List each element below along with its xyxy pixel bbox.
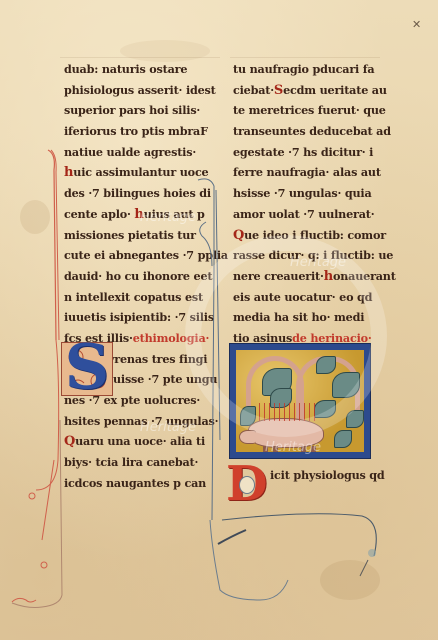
decorated-initial-d: D: [226, 466, 266, 504]
leg: [311, 446, 316, 452]
spines: [259, 403, 319, 421]
leg: [273, 446, 278, 452]
line-text: uaru una uoce· alia ti: [75, 434, 205, 448]
text-line: iferiorus tro ptis mbraF: [64, 121, 214, 142]
text-line: natiue ualde agrestis·: [64, 142, 214, 163]
text-line: icdcos naugantes p can: [64, 473, 214, 494]
text-line: transeuntes deducebat ad: [233, 121, 383, 142]
red-initial: h: [324, 269, 333, 284]
line-text: onauerant: [333, 269, 396, 283]
text-line: phisiologus asserit· idest: [64, 80, 214, 101]
line-text: ue ideo i fluctib: comor: [244, 228, 386, 242]
text-line: tu naufragio pducari fa: [233, 59, 383, 80]
text-line: hsites pennas ·7 ungulas·: [64, 411, 214, 432]
historiated-initial-s: S: [61, 342, 113, 396]
red-initial: Q: [64, 434, 75, 449]
text-line: egestate ·7 hs dicitur· i: [233, 142, 383, 163]
text-line: des ·7 bilingues hoies di: [64, 183, 214, 204]
text-line: cute ei abnegantes ·7 pplia: [64, 245, 214, 266]
text-line: ferre naufragia· alas aut: [233, 162, 383, 183]
line-text: uic assimulantur uoce: [73, 165, 208, 179]
leg: [263, 446, 268, 452]
text-line: nere creauerit·honauerant: [233, 266, 383, 287]
text-line: ciebat·Secdm ueritate au: [233, 80, 383, 101]
corner-mark-icon: ✕: [412, 22, 424, 28]
text-line: iuuetis isipientib: ·7 silis: [64, 307, 214, 328]
hedgehog-miniature: [229, 343, 371, 459]
right-text-column: tu naufragio pducari fa ciebat·Secdm uer…: [233, 59, 383, 349]
gold-ground: [236, 350, 364, 452]
hedgehog-figure: [248, 418, 324, 448]
ruling-line: [60, 57, 220, 58]
text-line: missiones pietatis tur: [64, 225, 214, 246]
foliage-icon: [332, 372, 360, 398]
leg: [301, 446, 306, 452]
initial-letter: S: [62, 337, 112, 397]
red-initial: h: [64, 165, 73, 180]
text-line: superior pars hoi silis·: [64, 100, 214, 121]
text-line: eis aute uocatur· eo qd: [233, 287, 383, 308]
line-text: cente aplo·: [64, 207, 134, 221]
text-line: media ha sit ho· medi: [233, 307, 383, 328]
parchment-stain: [320, 560, 380, 600]
foliage-icon: [316, 356, 336, 374]
snout: [239, 430, 256, 444]
text-line: dauid· ho cu ihonore eet: [64, 266, 214, 287]
text-line: n intellexit copatus est: [64, 287, 214, 308]
left-text-column: duab: naturis ostare phisiologus asserit…: [64, 59, 214, 493]
line-text: ecdm ueritate au: [283, 83, 387, 97]
text-line: Que ideo i fluctib: comor: [233, 225, 383, 246]
right-text-after-miniature: icit physiologus qd: [270, 465, 385, 486]
initial-filigree-icon: [239, 476, 255, 494]
text-line: icit physiologus qd: [270, 465, 385, 486]
line-text: ciebat·: [233, 83, 274, 97]
text-line: Quaru una uoce· alia ti: [64, 431, 214, 452]
red-initial: h: [134, 207, 143, 222]
text-line: biys· tcia lira canebat·: [64, 452, 214, 473]
text-line: duab: naturis ostare: [64, 59, 214, 80]
red-initial: S: [274, 83, 283, 98]
ruling-line: [230, 57, 380, 58]
text-line: hsisse ·7 ungulas· quia: [233, 183, 383, 204]
rubric-heading: ethimologia·: [133, 331, 210, 345]
foliage-icon: [346, 410, 364, 428]
parchment-stain: [20, 200, 50, 234]
text-line: amor uolat ·7 uulnerat·: [233, 204, 383, 225]
line-text: uius aut p: [144, 207, 205, 221]
line-text: nere creauerit·: [233, 269, 324, 283]
text-line: huic assimulantur uoce: [64, 162, 214, 183]
text-line: rasse dicur· q: i fluctib: ue: [233, 245, 383, 266]
manuscript-page: ✕ duab: naturis ostare phisiologus asser…: [0, 0, 438, 640]
text-line: cente aplo· huius aut p: [64, 204, 214, 225]
text-line: te meretrices fuerut· que: [233, 100, 383, 121]
foliage-icon: [334, 430, 352, 448]
red-initial: Q: [233, 228, 244, 243]
